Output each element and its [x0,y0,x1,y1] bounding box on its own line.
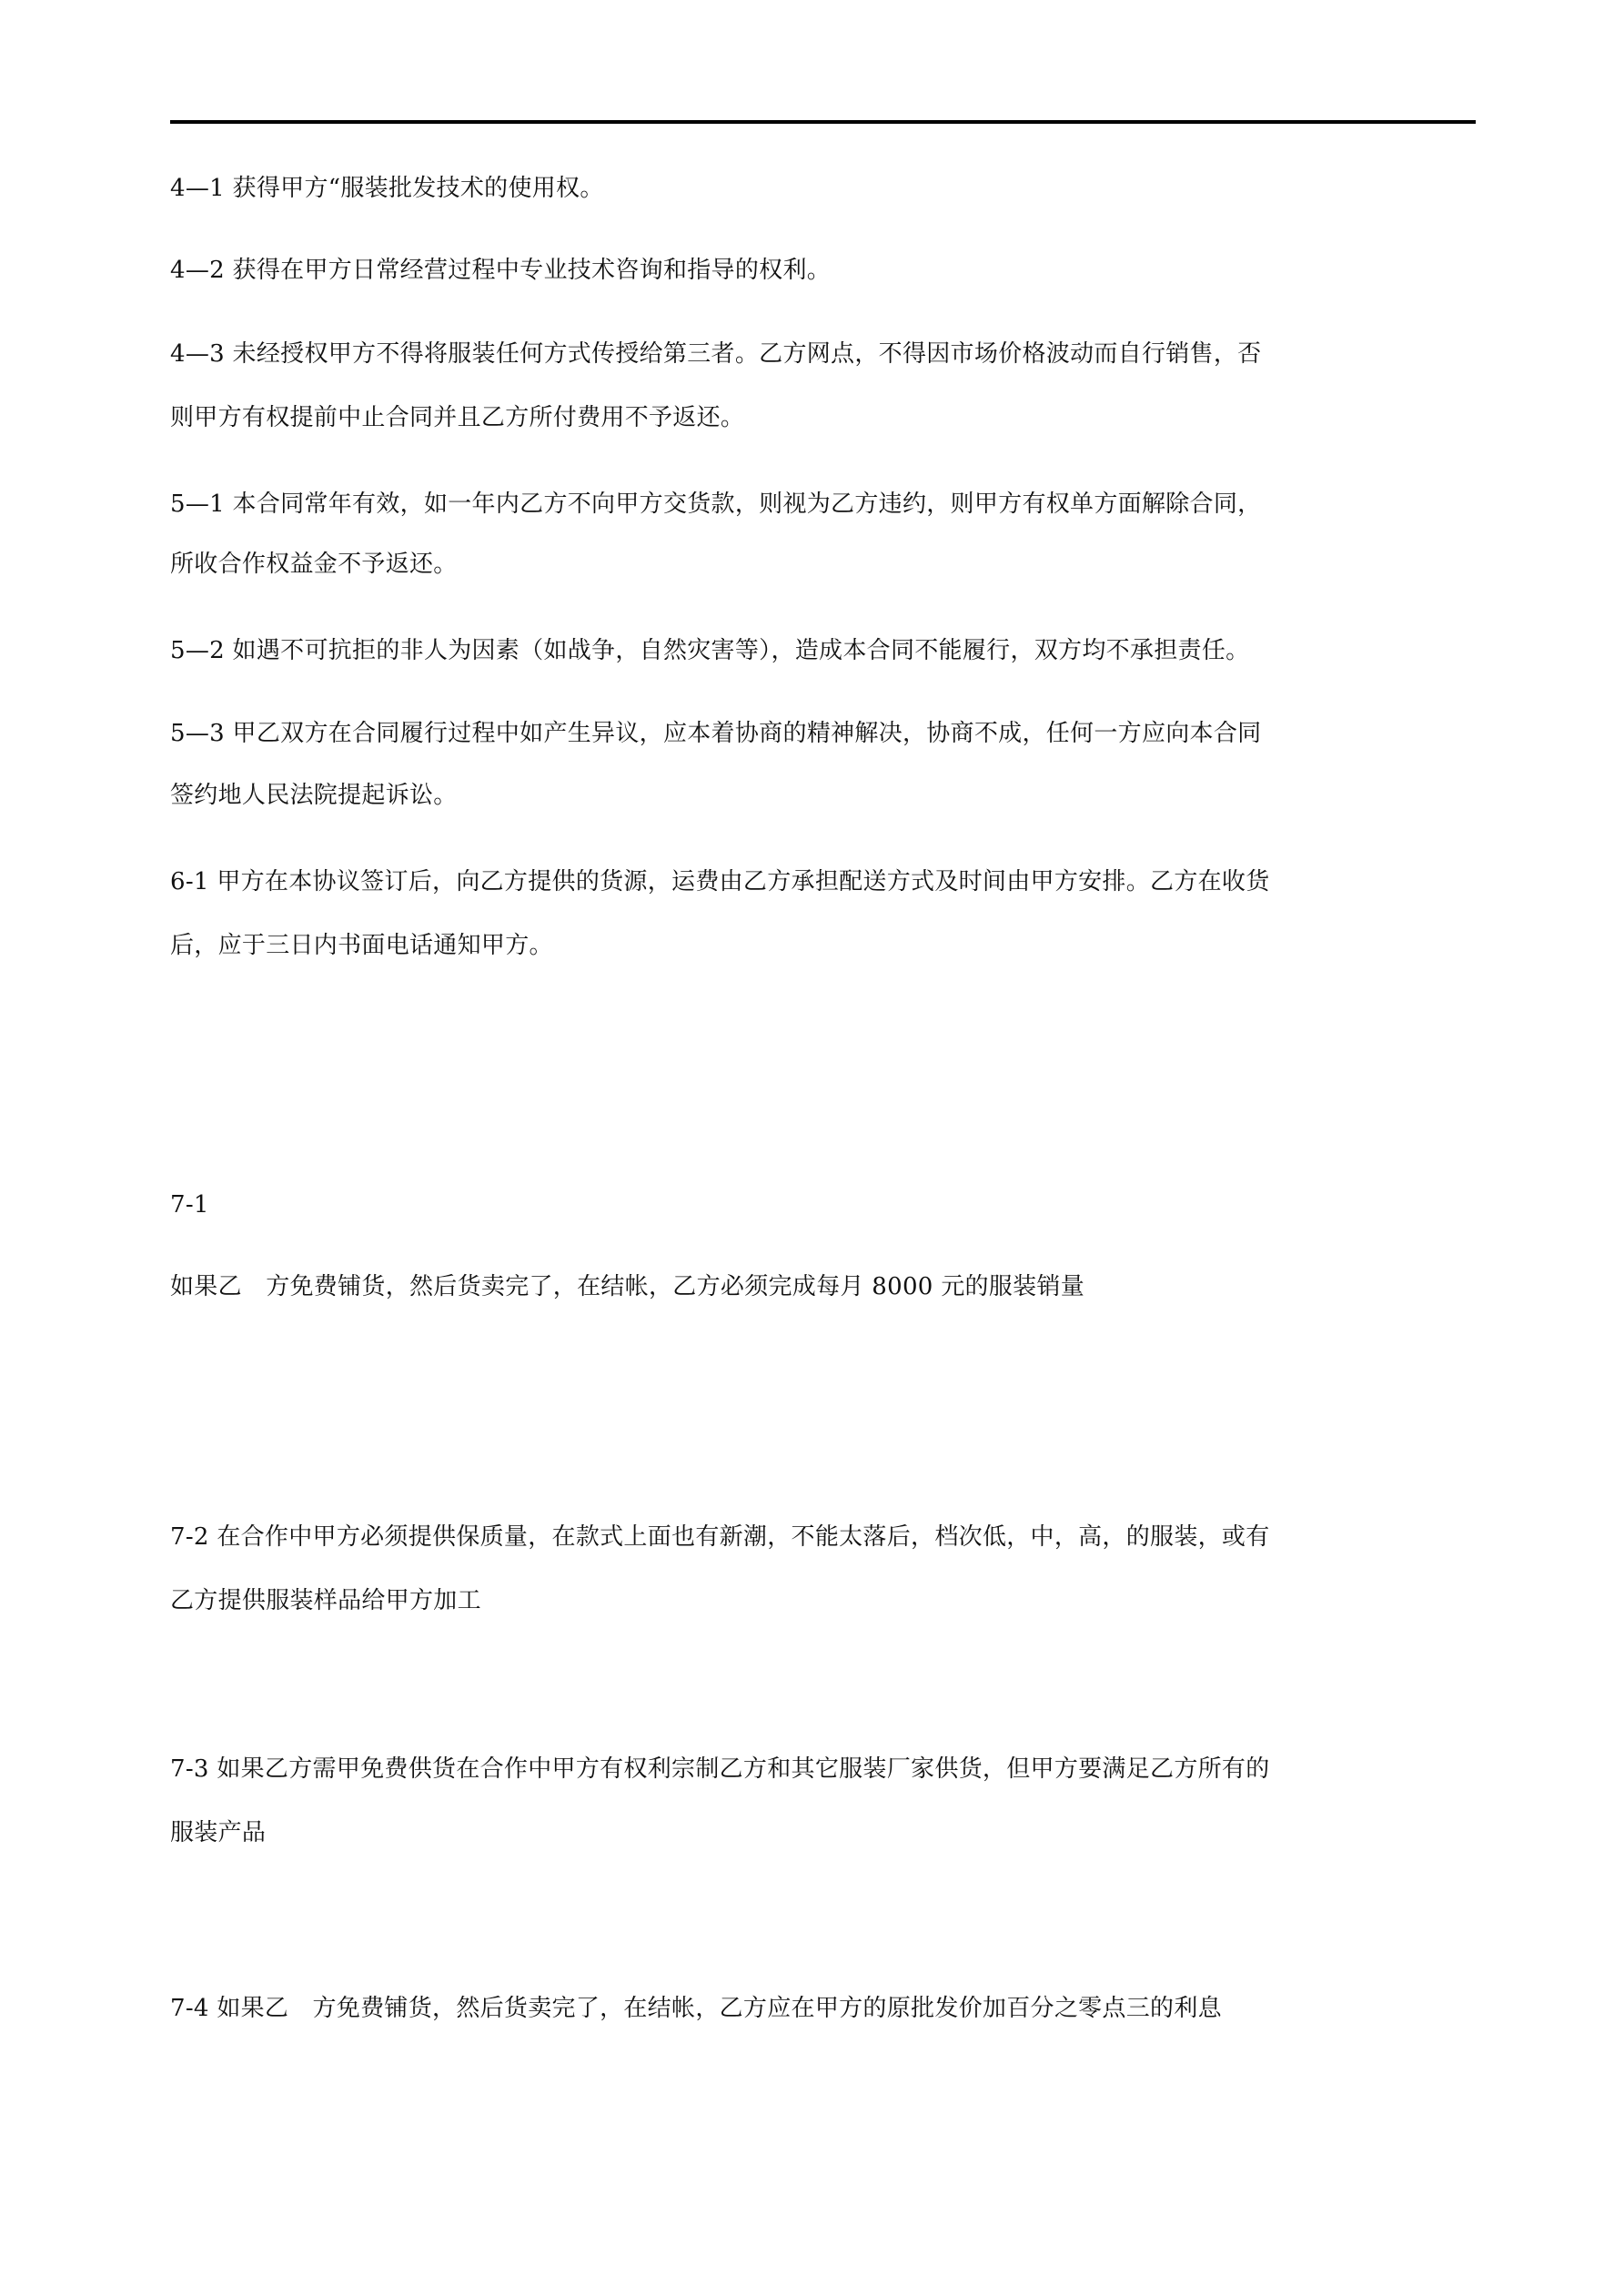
clause-7-1-heading: 7-1 [170,1189,209,1220]
clause-4-3-line-1: 4—3 未经授权甲方不得将服装任何方式传授给第三者。乙方网点，不得因市场价格波动… [170,339,1261,369]
clause-5-1-line-1: 5—1 本合同常年有效，如一年内乙方不向甲方交货款，则视为乙方违约，则甲方有权单… [170,489,1261,520]
clause-7-4-line-1: 7-4 如果乙 方免费铺货，然后货卖完了，在结帐，乙方应在甲方的原批发价加百分之… [170,1993,1222,2024]
clause-4-3-line-2: 则甲方有权提前中止合同并且乙方所付费用不予返还。 [170,402,744,433]
clause-7-1-body: 如果乙 方免费铺货，然后货卖完了，在结帐，乙方必须完成每月 8000 元的服装销… [170,1271,1084,1302]
clause-5-2-line-1: 5—2 如遇不可抗拒的非人为因素（如战争，自然灾害等），造成本合同不能履行，双方… [170,635,1249,666]
clause-4-1-line-1: 4—1 获得甲方“服装批发技术的使用权。 [170,173,604,204]
clause-5-3-line-1: 5—3 甲乙双方在合同履行过程中如产生异议，应本着协商的精神解决，协商不成，任何… [170,718,1261,749]
clause-7-3-line-1: 7-3 如果乙方需甲免费供货在合作中甲方有权利宗制乙方和其它服装厂家供货，但甲方… [170,1754,1270,1785]
clause-7-3-line-2: 服装产品 [170,1817,266,1848]
clause-4-2-line-1: 4—2 获得在甲方日常经营过程中专业技术咨询和指导的权利。 [170,255,831,286]
clause-7-2-line-2: 乙方提供服装样品给甲方加工 [170,1585,481,1616]
clause-5-1-line-2: 所收合作权益金不予返还。 [170,549,458,580]
clause-7-2-line-1: 7-2 在合作中甲方必须提供保质量，在款式上面也有新潮，不能太落后，档次低，中，… [170,1522,1270,1553]
clause-6-1-line-1: 6-1 甲方在本协议签订后，向乙方提供的货源，运费由乙方承担配送方式及时间由甲方… [170,866,1270,897]
clause-6-1-line-2: 后，应于三日内书面电话通知甲方。 [170,930,553,961]
header-rule [170,120,1476,124]
clause-5-3-line-2: 签约地人民法院提起诉讼。 [170,780,458,811]
